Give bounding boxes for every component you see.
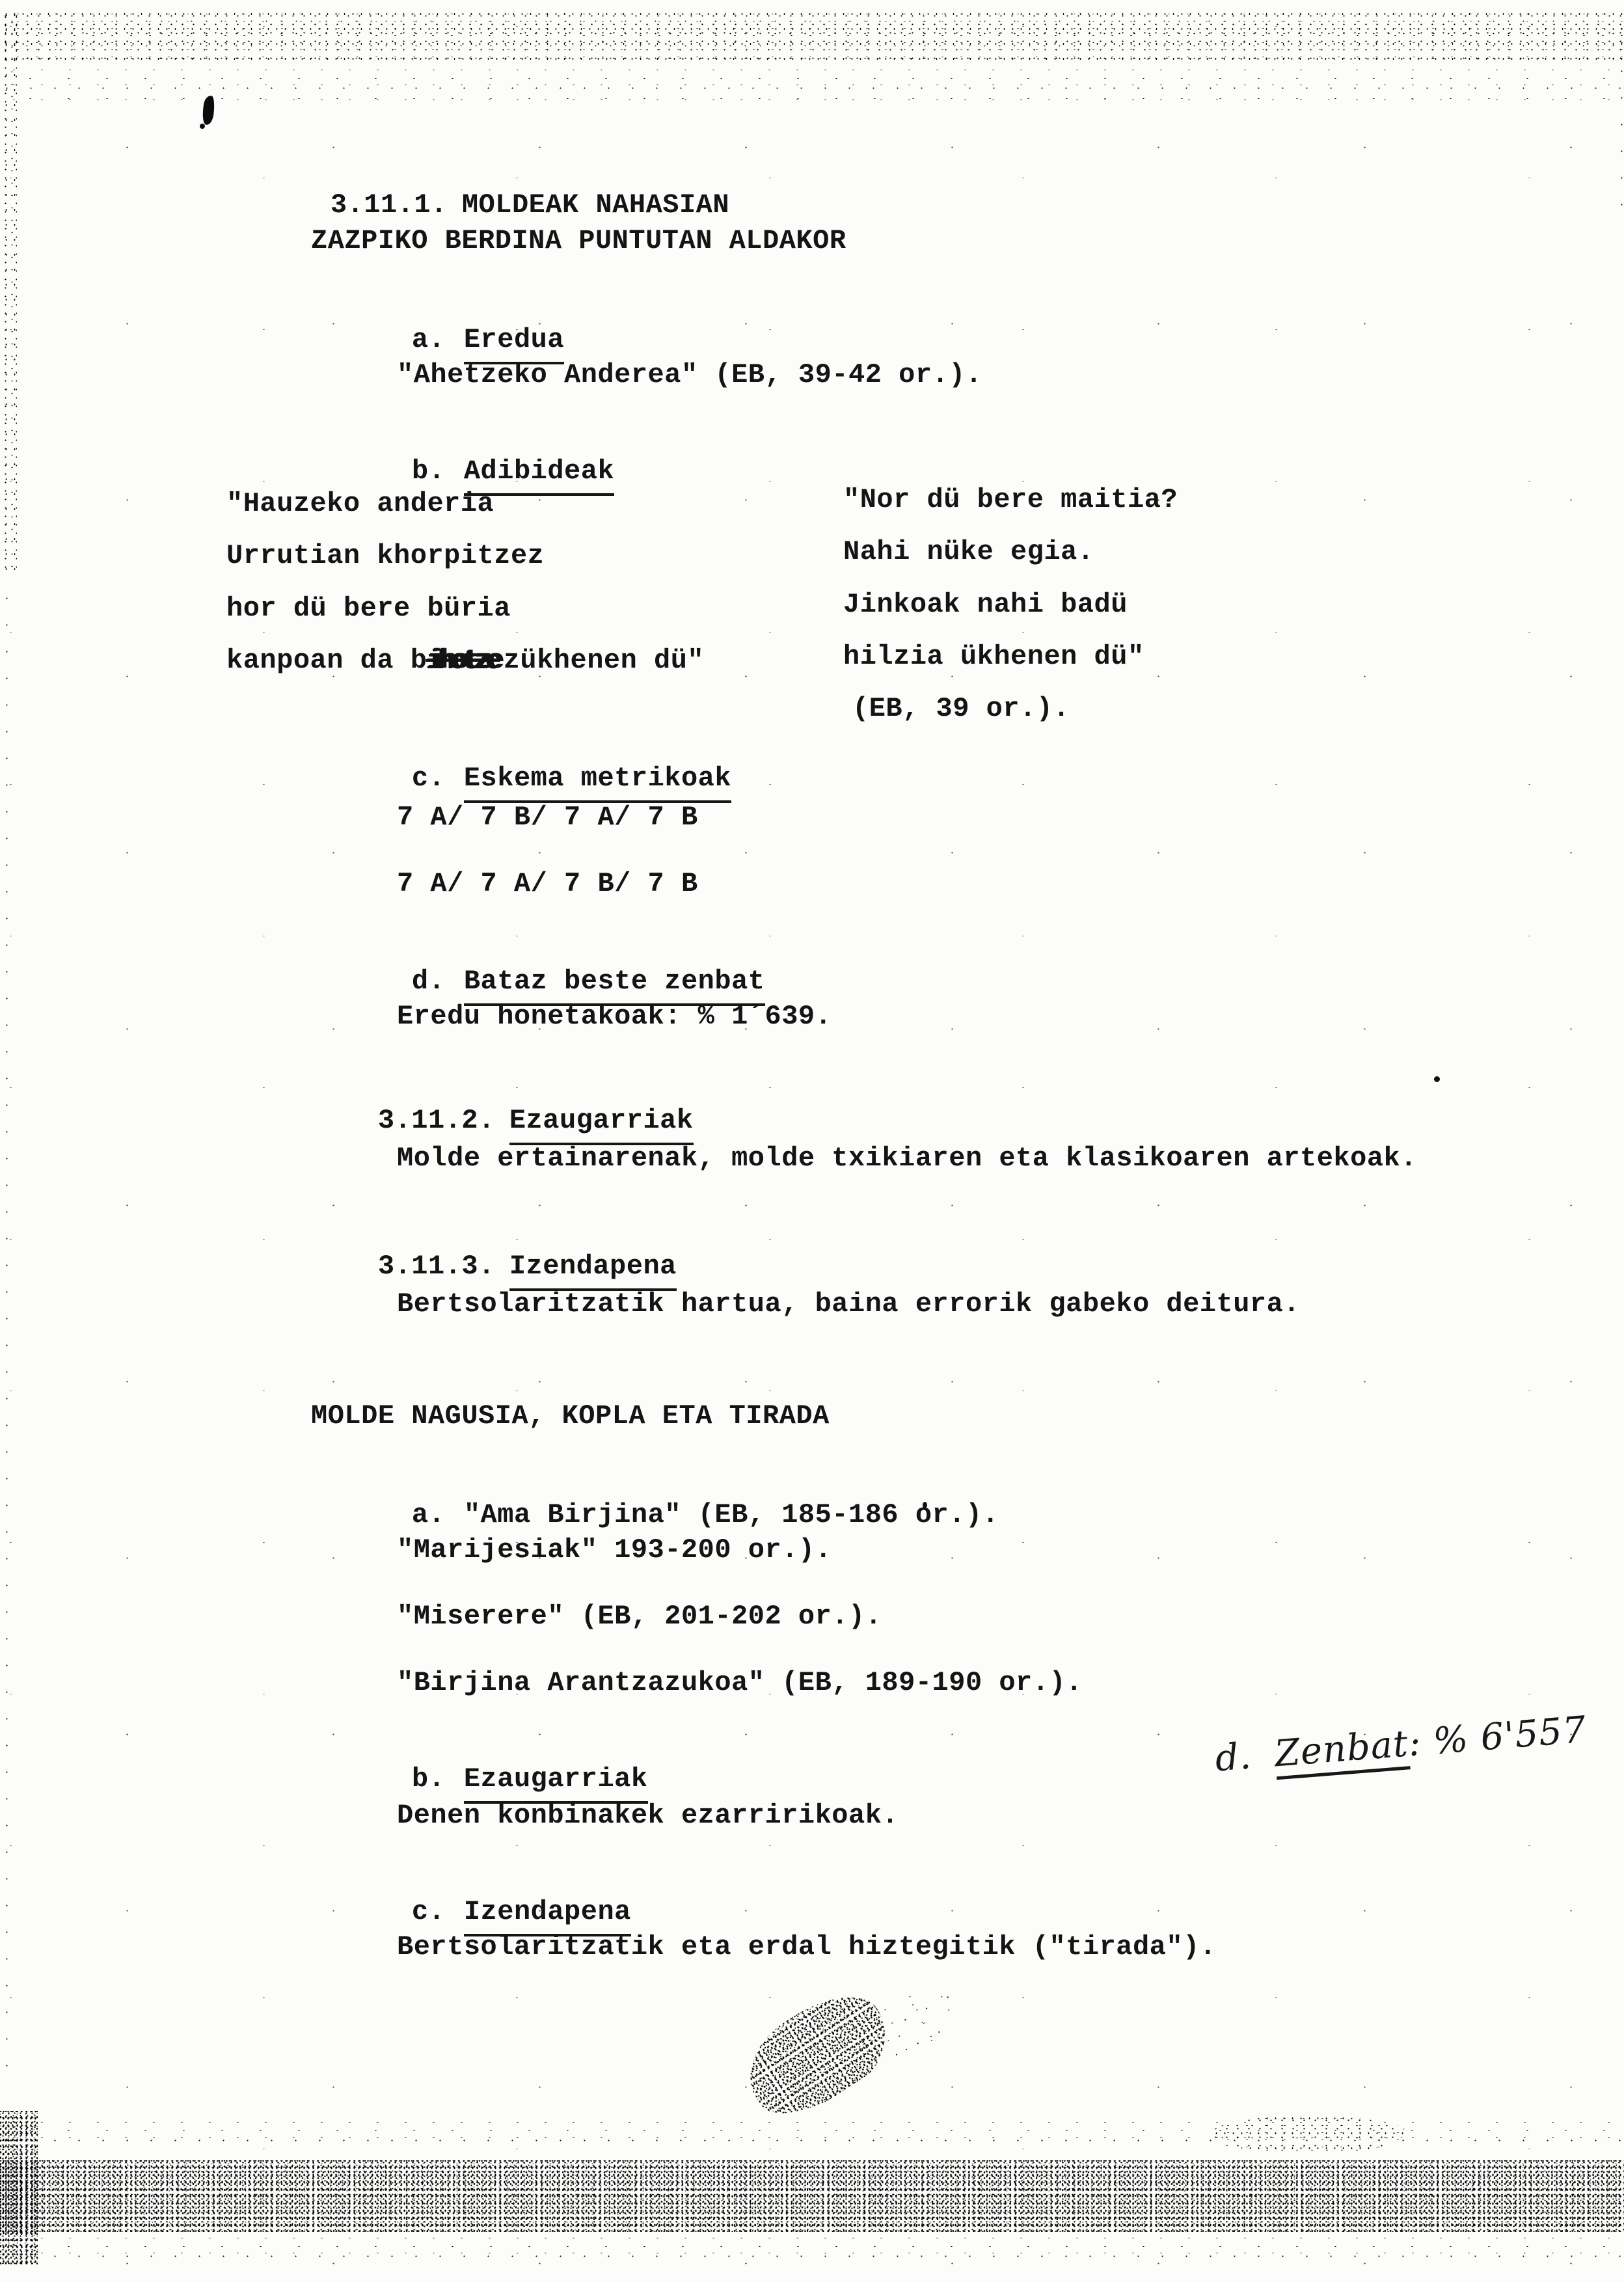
verse-right-column: "Nor dü bere maitia? Nahi nüke egia. Jin…: [843, 484, 1178, 724]
metric-scheme-line: 7 A/ 7 A/ 7 B/ 7 B: [397, 868, 698, 899]
molde-item-a-line-4: "Birjina Arantzazukoa" (EB, 189-190 or.)…: [397, 1667, 1083, 1698]
item-a-body: "Ahetzeko Anderea" (EB, 39-42 or.).: [397, 359, 982, 390]
verse-line: Nahi nüke egia.: [843, 536, 1178, 567]
section-number: 3.11.2.: [378, 1105, 509, 1136]
item-heading: Ezaugarriak: [464, 1763, 648, 1803]
section-subtitle: ZAZPIKO BERDINA PUNTUTAN ALDAKOR: [311, 225, 846, 256]
item-label: c.: [412, 763, 464, 794]
item-label: d.: [412, 966, 464, 997]
verse-line: "Nor dü bere maitia?: [843, 484, 1178, 515]
verse-line: Jinkoak nahi badü: [843, 589, 1178, 620]
section-heading: Izendapena: [509, 1251, 677, 1290]
item-label: c.: [412, 1896, 464, 1927]
pencil-smudge: [730, 1976, 905, 2134]
item-heading: Eskema metrikoak: [464, 763, 731, 802]
scan-noise-top-halo: [0, 62, 1624, 108]
verse-line-suffix: zükhenen dü": [504, 645, 704, 676]
section-3-11-2-body: Molde ertainarenak, molde txikiaren eta …: [397, 1143, 1417, 1174]
section-title: MOLDEAK NAHASIAN: [462, 189, 729, 221]
stray-dot-1: [1434, 1076, 1440, 1082]
molde-item-a-line-2: "Marijesiak" 193-200 or.).: [397, 1534, 832, 1566]
work-reference: "Ama Birjina" (EB, 185-186 or.).: [464, 1499, 999, 1530]
ink-blot: [201, 95, 215, 126]
verse-citation: (EB, 39 or.).: [852, 693, 1178, 724]
scan-noise-speckle-blob: [1210, 2116, 1405, 2153]
handwritten-value: : % 6'557: [1407, 1709, 1588, 1765]
section-number: 3.11.1.: [331, 189, 462, 221]
pencil-smudge-halo: [845, 1974, 964, 2075]
item-heading: Izendapena: [464, 1896, 631, 1936]
item-label: b.: [412, 1763, 464, 1795]
section-heading: Ezaugarriak: [509, 1105, 694, 1145]
handwritten-underlined-word: Zenbat: [1273, 1722, 1411, 1780]
verse-line: "Hauzeko anderia: [226, 488, 704, 519]
metric-scheme-line: 7 A/ 7 B/ 7 A/ 7 B: [397, 802, 698, 833]
item-d-body: Eredu honetakoak: % 1´639.: [397, 1001, 832, 1032]
item-label: a.: [412, 1499, 464, 1530]
scan-noise-left-strip: [0, 13, 17, 573]
scan-noise-bottom-left-blotch: [0, 2111, 38, 2264]
verse-line-overstruck: kanpoan da bihotzezükhenen dü": [226, 645, 704, 676]
scan-noise-top-band: [0, 12, 1624, 62]
item-heading: Eredua: [464, 324, 564, 364]
handwritten-label: d.: [1213, 1735, 1253, 1780]
section-number: 3.11.3.: [378, 1251, 509, 1282]
scan-noise-left-strip-lower: [0, 573, 12, 2069]
molde-nagusia-title: MOLDE NAGUSIA, KOPLA ETA TIRADA: [311, 1400, 830, 1432]
item-label: b.: [412, 455, 464, 487]
molde-item-a-line-3: "Miserere" (EB, 201-202 or.).: [397, 1601, 882, 1632]
scan-noise-right-strip: [1615, 46, 1624, 228]
verse-left-column: "Hauzeko anderia Urrutian khorpitzez hor…: [226, 488, 704, 676]
scan-noise-bottom-tail: [0, 2231, 1624, 2263]
verse-line: hor dü bere büria: [226, 593, 704, 624]
section-3-11-3-body: Bertsolaritzatik hartua, baina errorik g…: [397, 1288, 1300, 1320]
verse-line: Urrutian khorpitzez: [226, 540, 704, 571]
scan-noise-speckle-line: [0, 2115, 1624, 2147]
scan-noise-bottom-band: [0, 2160, 1624, 2232]
verse-line-prefix: kanpoan da b: [226, 645, 427, 676]
verse-line: hilzia ükhenen dü": [843, 641, 1178, 672]
overstruck-text: ihotze: [427, 645, 503, 676]
item-label: a.: [412, 324, 464, 355]
molde-item-c-body: Bertsolaritzatik eta erdal hiztegitik ("…: [397, 1931, 1217, 1963]
handwritten-annotation: d.Zenbat: % 6'557: [1161, 1664, 1624, 1830]
scanned-document-page: 3.11.1.MOLDEAK NAHASIAN ZAZPIKO BERDINA …: [0, 0, 1624, 2282]
item-heading: Bataz beste zenbat: [464, 966, 765, 1005]
molde-item-b-body: Denen konbinakek ezarririkoak.: [397, 1800, 899, 1831]
